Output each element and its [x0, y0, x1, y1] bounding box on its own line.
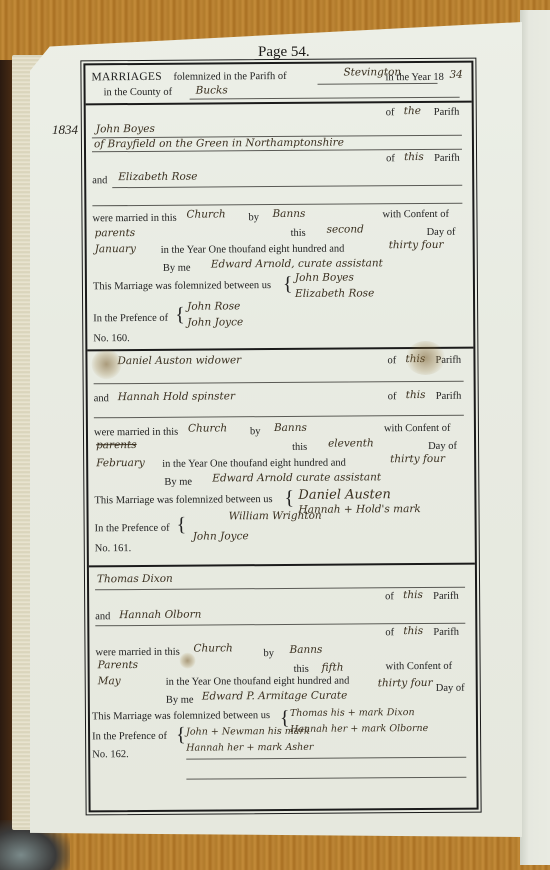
consent-of: Parents: [98, 659, 139, 671]
label-and: and: [92, 175, 107, 186]
label-married-in: were married in this: [94, 427, 178, 439]
label-and: and: [95, 611, 110, 622]
witness-2: Hannah her + mark Asher: [186, 742, 313, 754]
groom-residence: of Brayfield on the Green in Northampton…: [94, 137, 344, 151]
marriage-place: Church: [188, 422, 227, 434]
bride-name: Hannah Hold spinster: [118, 390, 235, 403]
label-by: by: [263, 648, 274, 659]
label-day-of: Day of: [427, 227, 456, 238]
witness-1: William Wrighton: [229, 510, 322, 523]
marriage-month: February: [96, 457, 145, 469]
label-married-in: were married in this: [95, 647, 179, 659]
marriage-day: fifth: [322, 662, 344, 674]
header-year-value: 34: [449, 69, 462, 81]
witness-2: John Joyce: [187, 316, 243, 328]
entry-number: No. 162.: [92, 749, 129, 760]
label-presence: In the Prefence of: [92, 731, 167, 743]
header-parish-label: folemnized in the Parifh of: [173, 71, 286, 83]
marriage-by: Banns: [289, 644, 322, 656]
label-of: of: [386, 153, 395, 164]
label-parish: Parifh: [433, 591, 459, 602]
label-of: of: [388, 391, 397, 402]
groom-parish: this: [403, 589, 423, 601]
label-presence: In the Prefence of: [93, 313, 168, 325]
label-by-me: By me: [164, 477, 192, 488]
signature-groom: Daniel Austen: [298, 487, 391, 503]
signature-groom: John Boyes: [295, 271, 354, 283]
label-solemnized: This Marriage was folemnized between us: [92, 710, 270, 722]
label-and: and: [94, 393, 109, 404]
bride-parish: this: [403, 625, 423, 637]
consent-of: parents: [95, 227, 136, 239]
label-presence: In the Prefence of: [95, 523, 170, 535]
marriage-entry-161: Daniel Auston widower of this Parifh and…: [87, 351, 474, 566]
marriage-place: Church: [186, 208, 225, 220]
marriage-by: Banns: [272, 208, 305, 220]
label-solemnized: This Marriage was folemnized between us: [93, 280, 271, 292]
officiant: Edward Arnold curate assistant: [212, 471, 381, 484]
label-by: by: [250, 426, 261, 437]
officiant: Edward P. Armitage Curate: [202, 690, 348, 703]
bride-parish: this: [406, 389, 426, 401]
label-this: this: [292, 442, 307, 453]
label-parish: Parifh: [436, 391, 462, 402]
label-married-in: were married in this: [92, 213, 176, 225]
label-parish: Parifh: [434, 107, 460, 118]
witness-1: John + Newman his mark: [186, 726, 310, 738]
marriage-month: May: [98, 675, 121, 687]
signature-groom: Thomas his + mark Dixon: [290, 707, 415, 719]
entry-number: No. 160.: [93, 333, 130, 344]
marriage-register-form: MARRIAGES folemnized in the Parifh of St…: [83, 61, 478, 813]
label-day-of: Day of: [436, 683, 465, 694]
label-parish: Parifh: [433, 627, 459, 638]
witness-2: John Joyce: [193, 530, 249, 542]
label-day-of: Day of: [428, 441, 457, 452]
bride-parish: this: [404, 151, 424, 163]
bride-name: Elizabeth Rose: [118, 171, 197, 184]
register-header: MARRIAGES folemnized in the Parifh of St…: [85, 63, 471, 106]
label-by: by: [248, 212, 259, 223]
label-this: this: [291, 228, 306, 239]
margin-year: 1834: [52, 122, 78, 138]
groom-name: John Boyes: [96, 123, 155, 135]
label-in-year: in the Year One thoufand eight hundred a…: [161, 244, 345, 256]
header-county-value: Bucks: [196, 84, 228, 96]
label-consent: with Confent of: [382, 209, 449, 220]
groom-name: Thomas Dixon: [97, 573, 173, 586]
marriage-month: January: [95, 243, 136, 255]
marriage-entry-160: of the Parifh John Boyes of Brayfield on…: [86, 103, 474, 348]
label-of: of: [385, 591, 394, 602]
header-year-label: in the Year 18: [385, 72, 443, 83]
marriage-day: eleventh: [328, 437, 374, 449]
label-in-year: in the Year One thoufand eight hundred a…: [166, 676, 350, 688]
label-of: of: [385, 627, 394, 638]
label-consent: with Confent of: [386, 661, 453, 672]
marriage-day: second: [327, 223, 364, 235]
consent-of: parents: [96, 439, 137, 451]
signature-bride: Hannah her + mark Olborne: [290, 723, 428, 735]
marriage-place: Church: [193, 642, 232, 654]
label-of: of: [386, 107, 395, 118]
label-parish: Parifh: [434, 153, 460, 164]
header-county-label: in the County of: [104, 87, 173, 98]
label-by-me: By me: [163, 263, 191, 274]
label-by-me: By me: [166, 695, 194, 706]
marriage-year: thirty four: [378, 677, 433, 689]
page-number: Page 54.: [258, 44, 310, 61]
witness-1: John Rose: [187, 300, 240, 312]
label-solemnized: This Marriage was folemnized between us: [94, 494, 272, 506]
marriage-by: Banns: [274, 422, 307, 434]
label-of: of: [387, 355, 396, 366]
bride-name: Hannah Olborn: [119, 609, 201, 622]
label-this: this: [294, 664, 309, 675]
entry-number: No. 161.: [95, 543, 132, 554]
marriage-entry-162: Thomas Dixon of this Parifh and Hannah O…: [89, 567, 477, 810]
marriage-year: thirty four: [389, 239, 444, 251]
header-title: MARRIAGES: [91, 71, 162, 83]
groom-parish: the: [404, 105, 421, 117]
signature-bride: Elizabeth Rose: [295, 287, 374, 300]
facing-page: [520, 10, 550, 865]
label-in-year: in the Year One thoufand eight hundred a…: [162, 458, 346, 470]
officiant: Edward Arnold, curate assistant: [211, 257, 383, 270]
marriage-year: thirty four: [390, 453, 445, 465]
label-consent: with Confent of: [384, 423, 451, 434]
groom-name: Daniel Auston widower: [117, 354, 241, 367]
